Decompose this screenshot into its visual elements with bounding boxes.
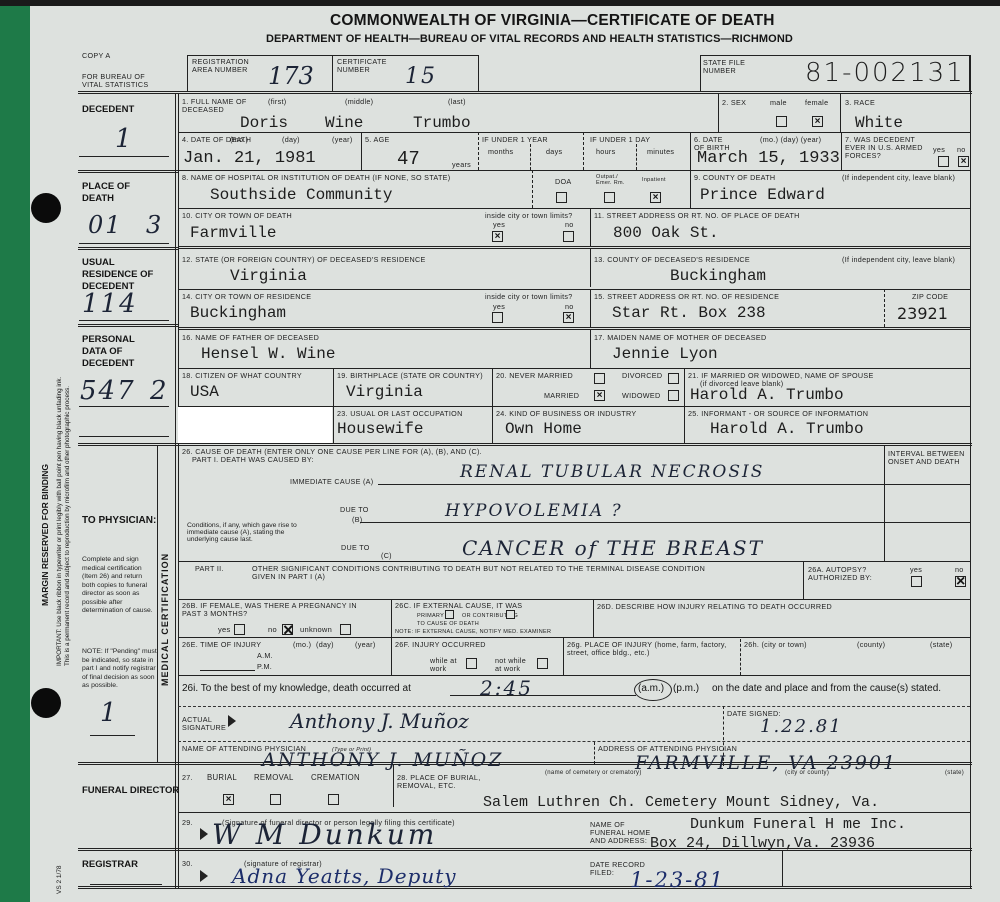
certificate-title: COMMONWEALTH OF VIRGINIA—CERTIFICATE OF … — [330, 12, 775, 30]
never-married-checkbox[interactable] — [594, 373, 605, 384]
race: White — [855, 114, 903, 132]
registrar-signature[interactable]: Adna Yeatts, Deputy — [232, 864, 457, 888]
external-primary-checkbox[interactable] — [445, 610, 454, 619]
cause-c: CANCER of THE BREAST — [462, 536, 764, 560]
funeral-director-signature[interactable]: W M Dunkum — [212, 818, 437, 851]
hospital-name: Southside Community — [210, 186, 392, 204]
married-checkbox[interactable]: × — [594, 390, 605, 401]
doa-checkbox[interactable] — [556, 192, 567, 203]
date-of-death: Jan. 21, 1981 — [183, 149, 316, 168]
cremation-checkbox[interactable] — [328, 794, 339, 805]
inpatient-checkbox[interactable]: × — [650, 192, 661, 203]
physician-note: NOTE: If "Pending" must be indicated, so… — [82, 648, 157, 691]
am-circle — [634, 679, 672, 701]
copy-label: COPY A — [82, 52, 110, 60]
redacted-ssn — [178, 407, 332, 443]
date-of-birth: March 15, 1933 — [697, 149, 840, 168]
autopsy-yes-checkbox[interactable] — [911, 576, 922, 587]
physician-name: ANTHONY J. MUÑOZ — [262, 749, 503, 771]
binding-hole — [31, 193, 61, 223]
margin-important-text: IMPORTANT: Use black ribbon in typewrite… — [56, 377, 72, 666]
section-place-of-death: PLACE OF DEATH — [82, 181, 152, 205]
mother-maiden-name: Jennie Lyon — [612, 345, 718, 363]
medical-certification-label: MEDICAL CERTIFICATION — [160, 553, 170, 686]
code-personal-b: 2 — [150, 376, 169, 406]
autopsy-no-checkbox[interactable]: × — [955, 576, 966, 587]
section-to-physician: TO PHYSICIAN: — [82, 515, 156, 527]
sex-female-checkbox[interactable]: × — [812, 116, 823, 127]
certificate-subtitle: DEPARTMENT OF HEALTH—BUREAU OF VITAL REC… — [266, 33, 793, 45]
physician-signature[interactable]: Anthony J. Muñoz — [290, 709, 469, 733]
state-file-value: 81-002131 — [805, 58, 965, 88]
middle-name: Wine — [325, 114, 363, 132]
last-name: Trumbo — [413, 114, 471, 132]
armed-forces-no-checkbox[interactable]: × — [958, 156, 969, 167]
armed-forces-yes-checkbox[interactable] — [938, 156, 949, 167]
father-name: Hensel W. Wine — [201, 345, 335, 363]
external-contributing-checkbox[interactable] — [506, 610, 515, 619]
date-signed: 1.22.81 — [760, 716, 843, 737]
not-while-at-work-checkbox[interactable] — [537, 658, 548, 669]
binding-hole — [31, 688, 61, 718]
street-of-death: 800 Oak St. — [613, 224, 719, 242]
age: 47 — [397, 148, 420, 170]
arrow-icon — [200, 828, 208, 840]
code-residence: 114 — [82, 289, 138, 319]
cause-a: RENAL TUBULAR NECROSIS — [460, 462, 764, 482]
county-of-death: Prince Edward — [700, 186, 825, 204]
code-decedent: 1 — [115, 124, 134, 154]
spouse-name: Harold A. Trumbo — [690, 386, 844, 404]
divorced-checkbox[interactable] — [668, 373, 679, 384]
county-of-residence: Buckingham — [670, 267, 766, 285]
date-filed: 1-23-81 — [630, 868, 725, 892]
street-of-residence: Star Rt. Box 238 — [612, 304, 766, 322]
certificate-number-value: 15 — [405, 64, 437, 89]
zip-code: 23921 — [897, 304, 948, 323]
informant: Harold A. Trumbo — [710, 420, 864, 438]
physician-instructions: Complete and sign medical certification … — [82, 556, 157, 616]
section-funeral-director: FUNERAL DIRECTOR — [82, 785, 179, 797]
citizenship: USA — [190, 383, 219, 401]
cause-b: HYPOVOLEMIA ? — [445, 501, 623, 521]
residence-inside-limits-yes-checkbox[interactable] — [492, 312, 503, 323]
pregnancy-no-checkbox[interactable]: × — [282, 624, 293, 635]
section-usual-residence: USUAL RESIDENCE OF DECEDENT — [82, 257, 157, 293]
interval-label: INTERVAL BETWEEN ONSET AND DEATH — [888, 450, 970, 466]
funeral-home-name: Dunkum Funeral H me Inc. — [690, 816, 906, 833]
death-inside-limits-yes-checkbox[interactable]: × — [492, 231, 503, 242]
city-of-death: Farmville — [190, 224, 276, 242]
sex-male-checkbox[interactable] — [776, 116, 787, 127]
widowed-checkbox[interactable] — [668, 390, 679, 401]
place-of-burial: Salem Luthren Ch. Cemetery Mount Sidney,… — [483, 794, 879, 811]
form-code: VS 2 1/78 — [56, 865, 63, 894]
code-place-b: 3 — [146, 211, 163, 239]
death-inside-limits-no-checkbox[interactable] — [563, 231, 574, 242]
city-of-residence: Buckingham — [190, 304, 286, 322]
state-of-residence: Virginia — [230, 267, 307, 285]
birthplace: Virginia — [346, 383, 423, 401]
time-of-death: 2:45 — [480, 676, 533, 700]
pregnancy-unknown-checkbox[interactable] — [340, 624, 351, 635]
business: Own Home — [505, 420, 582, 438]
section-personal-data: PERSONAL DATA OF DECEDENT — [82, 334, 152, 370]
time-of-death-prefix: 26i. To the best of my knowledge, death … — [182, 683, 411, 694]
registration-area-value: 173 — [268, 62, 314, 90]
occupation: Housewife — [337, 420, 423, 438]
green-margin-strip — [0, 6, 30, 902]
pm-option: (p.m.) — [673, 683, 699, 694]
arrow-icon — [200, 870, 208, 882]
first-name: Doris — [240, 114, 288, 132]
death-certificate: MARGIN RESERVED FOR BINDING IMPORTANT: U… — [0, 6, 1000, 902]
burial-checkbox[interactable]: × — [223, 794, 234, 805]
physician-address: FARMVILLE, VA 23901 — [635, 752, 897, 774]
conditions-note: Conditions, if any, which gave rise to i… — [187, 522, 317, 543]
arrow-icon — [228, 715, 236, 727]
code-medical: 1 — [100, 698, 119, 728]
code-personal-a: 547 — [80, 376, 136, 406]
pregnancy-yes-checkbox[interactable] — [234, 624, 245, 635]
outpatient-checkbox[interactable] — [604, 192, 615, 203]
code-place-a: 01 — [88, 211, 123, 239]
residence-inside-limits-no-checkbox[interactable]: × — [563, 312, 574, 323]
for-bureau-label: FOR BUREAU OF VITAL STATISTICS — [82, 73, 162, 89]
funeral-home-address: Box 24, Dillwyn,Va. 23936 — [650, 835, 875, 852]
section-decedent: DECEDENT — [82, 104, 134, 116]
while-at-work-checkbox[interactable] — [466, 658, 477, 669]
section-registrar: REGISTRAR — [82, 859, 138, 871]
margin-binding-text: MARGIN RESERVED FOR BINDING — [40, 464, 50, 606]
time-of-death-suffix: on the date and place and from the cause… — [712, 683, 941, 694]
removal-checkbox[interactable] — [270, 794, 281, 805]
